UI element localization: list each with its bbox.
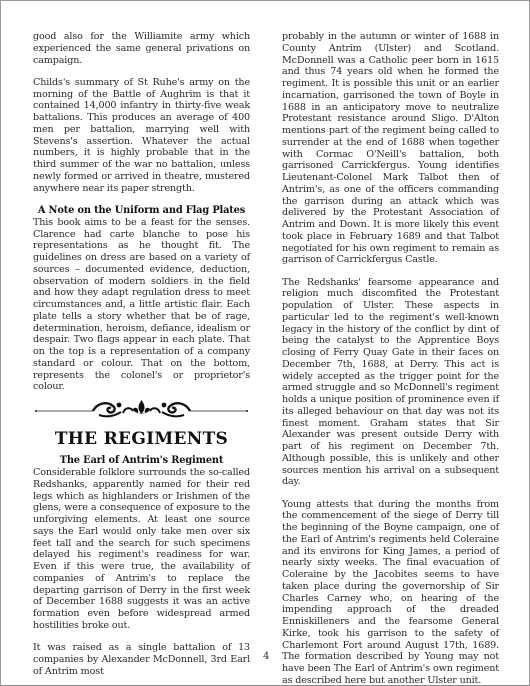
paragraph: It was raised as a single battalion of 1… [33, 642, 250, 677]
book-page: good also for the Williamite army which … [0, 0, 530, 686]
paragraph: This book aims to be a feast for the sen… [33, 217, 250, 393]
subheading-earl-of-antrim: The Earl of Antrim's Regiment [33, 455, 250, 467]
subheading-uniform-flag-plates: A Note on the Uniform and Flag Plates [33, 205, 250, 217]
left-column: good also for the Williamite army which … [33, 31, 250, 677]
paragraph: The Redshanks' fearsome appearance and r… [282, 277, 499, 489]
paragraph: Childs's summary of St Ruhe's army on th… [33, 77, 250, 195]
paragraph: Considerable folklore surrounds the so-c… [33, 467, 250, 632]
paragraph: good also for the Williamite army which … [33, 31, 250, 66]
paragraph: probably in the autumn or winter of 1688… [282, 31, 499, 266]
page-number: 4 [263, 651, 269, 662]
ornament-divider-icon [33, 397, 250, 423]
paragraph: Young attests that during the months fro… [282, 499, 499, 686]
right-column: probably in the autumn or winter of 1688… [282, 31, 499, 686]
section-title: THE REGIMENTS [33, 429, 250, 449]
